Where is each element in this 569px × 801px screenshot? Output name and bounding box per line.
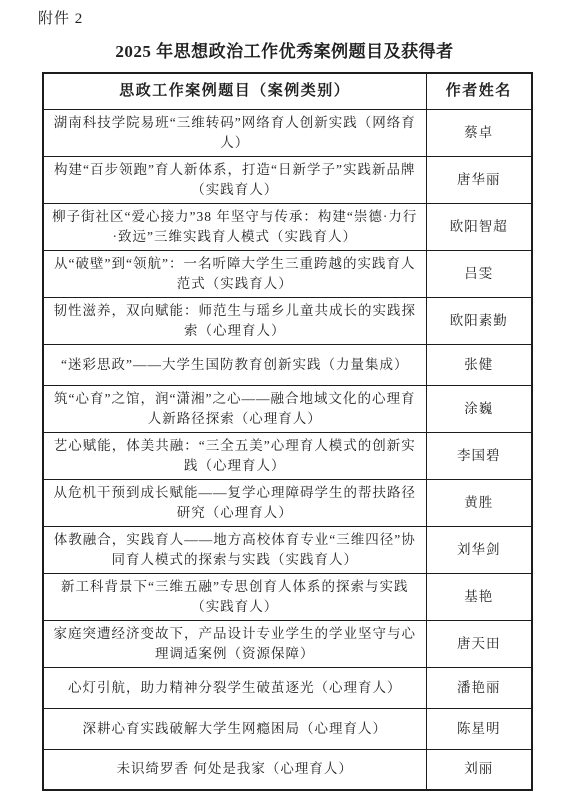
table-row: 从“破壁”到“领航”：一名听障大学生三重跨越的实践育人范式（实践育人） 吕雯 (43, 250, 532, 297)
table-row: 心灯引航，助力精神分裂学生破茧逐光（心理育人） 潘艳丽 (43, 667, 532, 708)
awards-table: 思政工作案例题目（案例类别） 作者姓名 湖南科技学院易班“三维转码”网络育人创新… (42, 72, 533, 791)
case-title-cell: 筑“心育”之馆，润“潇湘”之心——融合地域文化的心理育人新路径探索（心理育人） (43, 385, 426, 432)
table-body: 湖南科技学院易班“三维转码”网络育人创新实践（网络育人） 蔡卓 构建“百步领跑”… (43, 109, 532, 790)
table-row: 筑“心育”之馆，润“潇湘”之心——融合地域文化的心理育人新路径探索（心理育人） … (43, 385, 532, 432)
table-row: 柳子街社区“爱心接力”38 年坚守与传承：构建“崇德·力行·致远”三维实践育人模… (43, 203, 532, 250)
table-row: “迷彩思政”——大学生国防教育创新实践（力量集成） 张健 (43, 344, 532, 385)
table-row: 构建“百步领跑”育人新体系，打造“日新学子”实践新品牌（实践育人） 唐华丽 (43, 156, 532, 203)
case-title-cell: 家庭突遭经济变故下，产品设计专业学生的学业坚守与心理调适案例（资源保障） (43, 620, 426, 667)
table-row: 艺心赋能，体美共融：“三全五美”心理育人模式的创新实践（心理育人） 李国碧 (43, 432, 532, 479)
case-title-cell: 体教融合，实践育人——地方高校体育专业“三维四径”协同育人模式的探索与实践（实践… (43, 526, 426, 573)
case-title-cell: “迷彩思政”——大学生国防教育创新实践（力量集成） (43, 344, 426, 385)
author-name-cell: 涂巍 (426, 385, 532, 432)
case-title-cell: 心灯引航，助力精神分裂学生破茧逐光（心理育人） (43, 667, 426, 708)
case-title-cell: 构建“百步领跑”育人新体系，打造“日新学子”实践新品牌（实践育人） (43, 156, 426, 203)
author-name-cell: 唐天田 (426, 620, 532, 667)
case-title-cell: 湖南科技学院易班“三维转码”网络育人创新实践（网络育人） (43, 109, 426, 156)
author-name-cell: 基艳 (426, 573, 532, 620)
table-row: 家庭突遭经济变故下，产品设计专业学生的学业坚守与心理调适案例（资源保障） 唐天田 (43, 620, 532, 667)
author-name-cell: 刘丽 (426, 749, 532, 790)
author-name-cell: 欧阳智超 (426, 203, 532, 250)
case-title-cell: 从“破壁”到“领航”：一名听障大学生三重跨越的实践育人范式（实践育人） (43, 250, 426, 297)
table-row: 体教融合，实践育人——地方高校体育专业“三维四径”协同育人模式的探索与实践（实践… (43, 526, 532, 573)
case-title-cell: 未识绮罗香 何处是我家（心理育人） (43, 749, 426, 790)
table-row: 新工科背景下“三维五融”专思创育人体系的探索与实践（实践育人） 基艳 (43, 573, 532, 620)
table-row: 深耕心育实践破解大学生网瘾困局（心理育人） 陈星明 (43, 708, 532, 749)
table-header-row: 思政工作案例题目（案例类别） 作者姓名 (43, 73, 532, 109)
table-row: 从危机干预到成长赋能——复学心理障碍学生的帮扶路径研究（心理育人） 黄胜 (43, 479, 532, 526)
table-row: 未识绮罗香 何处是我家（心理育人） 刘丽 (43, 749, 532, 790)
case-title-cell: 艺心赋能，体美共融：“三全五美”心理育人模式的创新实践（心理育人） (43, 432, 426, 479)
author-name-cell: 黄胜 (426, 479, 532, 526)
attachment-label: 附件 2 (38, 7, 83, 28)
table-row: 韧性滋养，双向赋能：师范生与瑶乡儿童共成长的实践探索（心理育人） 欧阳素勤 (43, 297, 532, 344)
author-name-cell: 张健 (426, 344, 532, 385)
header-author-name: 作者姓名 (426, 73, 532, 109)
author-name-cell: 潘艳丽 (426, 667, 532, 708)
author-name-cell: 刘华剑 (426, 526, 532, 573)
table-row: 湖南科技学院易班“三维转码”网络育人创新实践（网络育人） 蔡卓 (43, 109, 532, 156)
author-name-cell: 蔡卓 (426, 109, 532, 156)
case-title-cell: 新工科背景下“三维五融”专思创育人体系的探索与实践（实践育人） (43, 573, 426, 620)
author-name-cell: 欧阳素勤 (426, 297, 532, 344)
author-name-cell: 陈星明 (426, 708, 532, 749)
case-title-cell: 从危机干预到成长赋能——复学心理障碍学生的帮扶路径研究（心理育人） (43, 479, 426, 526)
author-name-cell: 李国碧 (426, 432, 532, 479)
case-title-cell: 深耕心育实践破解大学生网瘾困局（心理育人） (43, 708, 426, 749)
author-name-cell: 唐华丽 (426, 156, 532, 203)
header-case-title: 思政工作案例题目（案例类别） (43, 73, 426, 109)
page-title: 2025 年思想政治工作优秀案例题目及获得者 (0, 0, 569, 62)
document-page: 附件 2 2025 年思想政治工作优秀案例题目及获得者 思政工作案例题目（案例类… (0, 0, 569, 791)
case-title-cell: 柳子街社区“爱心接力”38 年坚守与传承：构建“崇德·力行·致远”三维实践育人模… (43, 203, 426, 250)
case-title-cell: 韧性滋养，双向赋能：师范生与瑶乡儿童共成长的实践探索（心理育人） (43, 297, 426, 344)
author-name-cell: 吕雯 (426, 250, 532, 297)
